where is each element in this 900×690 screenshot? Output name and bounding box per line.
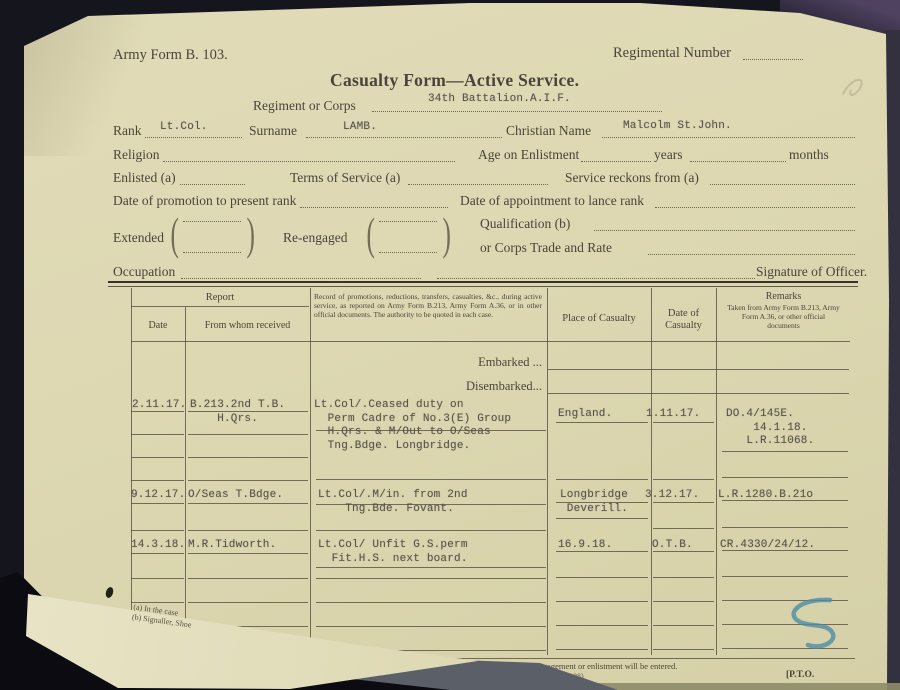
rule-line bbox=[316, 626, 546, 627]
form-number: Army Form B. 103. bbox=[113, 47, 228, 64]
surname-value: LAMB. bbox=[343, 121, 377, 135]
rule-line bbox=[316, 602, 546, 603]
from-whom-header: From whom received bbox=[186, 320, 309, 331]
date-header: Date bbox=[131, 320, 185, 331]
rule-line bbox=[556, 502, 648, 503]
regiment-or-corps-value: 34th Battalion.A.I.F. bbox=[428, 93, 571, 107]
rule-line bbox=[188, 503, 308, 504]
religion-label: Religion bbox=[113, 147, 160, 163]
rule-line bbox=[722, 451, 848, 452]
rule-line bbox=[131, 553, 184, 554]
row2-from: O/Seas T.Bdge. bbox=[188, 489, 283, 503]
rule-line bbox=[556, 625, 648, 626]
row1-place: England. bbox=[558, 408, 612, 422]
rule-line bbox=[548, 369, 849, 370]
rule-line bbox=[188, 602, 308, 603]
age-on-enlistment-label: Age on Enlistment bbox=[478, 147, 579, 163]
rule-line bbox=[131, 530, 184, 531]
re-engaged-bracket-close: ) bbox=[442, 211, 450, 257]
extended-bracket-open: ( bbox=[170, 211, 178, 257]
place-header: Place of Casualty bbox=[548, 313, 650, 324]
rule-line bbox=[653, 502, 714, 503]
rule-line bbox=[316, 530, 546, 531]
table-vline bbox=[547, 288, 548, 655]
rank-value: Lt.Col. bbox=[160, 121, 208, 135]
rule-line bbox=[131, 434, 184, 435]
rule-line bbox=[131, 341, 850, 342]
rule-line bbox=[653, 422, 714, 423]
row1-record: Lt.Col/.Ceased duty on Perm Cadre of No.… bbox=[314, 399, 511, 453]
rule-line bbox=[548, 393, 849, 394]
regimental-number-label: Regimental Number bbox=[613, 45, 731, 62]
row1-remarks: DO.4/145E. 14.1.18. L.R.11068. bbox=[726, 408, 814, 449]
table-vline bbox=[131, 288, 132, 655]
row3-record: Lt.Col/ Unfit G.S.perm Fit.H.S. next boa… bbox=[318, 539, 468, 566]
table-vline bbox=[310, 288, 311, 655]
promotion-label: Date of promotion to present rank bbox=[113, 193, 296, 209]
surname-label: Surname bbox=[249, 123, 297, 139]
pto-label: [P.T.O. bbox=[786, 670, 814, 680]
rule-line bbox=[316, 567, 546, 568]
rank-label: Rank bbox=[113, 123, 142, 139]
remarks-subheader: Taken from Army Form B.213, Army Form A.… bbox=[725, 303, 842, 330]
row1-date-of-casualty: 1.11.17. bbox=[646, 408, 700, 422]
pencil-mark-icon bbox=[835, 68, 869, 102]
report-header: Report bbox=[131, 292, 309, 303]
extended-bracket-close: ) bbox=[246, 211, 254, 257]
rule-line bbox=[131, 480, 184, 481]
rule-line bbox=[188, 457, 308, 458]
row2-record: Lt.Col/.M/in. from 2nd Tng.Bde. Fovant. bbox=[318, 489, 468, 516]
rule-line bbox=[653, 577, 714, 578]
rule-line bbox=[188, 411, 308, 412]
form-title: Casualty Form—Active Service. bbox=[330, 70, 579, 91]
rule-line bbox=[188, 480, 308, 481]
embarked-label: Embarked ... bbox=[430, 355, 542, 370]
rule-line bbox=[131, 411, 184, 412]
service-reckons-label: Service reckons from (a) bbox=[565, 170, 699, 186]
record-header: Record of promotions, reductions, transf… bbox=[314, 292, 542, 319]
rule-line bbox=[556, 601, 648, 602]
form-paper: Army Form B. 103. Regimental Number Casu… bbox=[0, 0, 900, 690]
rule-line bbox=[653, 625, 714, 626]
rule-line bbox=[188, 530, 308, 531]
table-top-rule bbox=[108, 281, 858, 287]
rule-line bbox=[316, 504, 546, 505]
scanned-document: Army Form B. 103. Regimental Number Casu… bbox=[0, 0, 900, 690]
rule-line bbox=[556, 649, 648, 650]
row3-from: M.R.Tidworth. bbox=[188, 539, 276, 553]
rule-line bbox=[556, 518, 648, 519]
rule-line bbox=[653, 528, 714, 529]
rule-line bbox=[131, 457, 184, 458]
christian-name-value: Malcolm St.John. bbox=[623, 120, 732, 134]
rule-line bbox=[188, 578, 308, 579]
months-label: months bbox=[789, 147, 829, 163]
rule-line bbox=[556, 422, 648, 423]
rule-line bbox=[722, 500, 848, 501]
paper-crease bbox=[20, 16, 200, 156]
enlisted-label: Enlisted (a) bbox=[113, 170, 176, 186]
occupation-label: Occupation bbox=[113, 264, 175, 280]
years-label: years bbox=[654, 147, 682, 163]
table-vline bbox=[651, 288, 652, 655]
qualification-label: Qualification (b) bbox=[480, 216, 570, 232]
row2-date: 9.12.17. bbox=[131, 489, 185, 503]
remarks-header: Remarks bbox=[717, 291, 850, 302]
christian-name-label: Christian Name bbox=[506, 123, 591, 139]
re-engaged-label: Re-engaged bbox=[283, 230, 347, 246]
rule-line bbox=[653, 601, 714, 602]
rule-line bbox=[316, 430, 546, 431]
row1-from: B.213.2nd T.B. H.Qrs. bbox=[190, 399, 285, 426]
rule-line bbox=[131, 578, 184, 579]
rule-line bbox=[188, 553, 308, 554]
ink-spot bbox=[104, 586, 114, 599]
terms-of-service-label: Terms of Service (a) bbox=[290, 170, 400, 186]
table-vline bbox=[185, 307, 186, 655]
rule-line bbox=[131, 306, 309, 307]
date-of-casualty-header: Date of Casualty bbox=[652, 308, 715, 332]
lance-label: Date of appointment to lance rank bbox=[460, 193, 644, 209]
rule-line bbox=[556, 577, 648, 578]
regiment-or-corps-label: Regiment or Corps bbox=[253, 98, 356, 114]
extended-label: Extended bbox=[113, 230, 164, 246]
rule-line bbox=[556, 479, 648, 480]
blue-pencil-mark-icon bbox=[780, 592, 842, 654]
rule-line bbox=[316, 479, 546, 480]
signature-label: Signature of Officer. bbox=[756, 264, 867, 280]
rule-line bbox=[316, 578, 546, 579]
corps-trade-label: or Corps Trade and Rate bbox=[480, 240, 612, 256]
row3-date: 14.3.18. bbox=[131, 539, 185, 553]
rule-line bbox=[556, 551, 648, 552]
rule-line bbox=[653, 551, 714, 552]
rule-line bbox=[131, 503, 184, 504]
table-vline bbox=[716, 288, 717, 655]
rule-line bbox=[722, 477, 848, 478]
rule-line bbox=[722, 527, 848, 528]
row2-date-of-casualty: 3.12.17. bbox=[645, 489, 699, 503]
rule-line bbox=[653, 649, 714, 650]
rule-line bbox=[653, 479, 714, 480]
re-engaged-bracket-open: ( bbox=[366, 211, 374, 257]
rule-line bbox=[722, 576, 848, 577]
disembarked-label: Disembarked... bbox=[430, 379, 542, 394]
rule-line bbox=[722, 550, 848, 551]
rule-line bbox=[188, 434, 308, 435]
